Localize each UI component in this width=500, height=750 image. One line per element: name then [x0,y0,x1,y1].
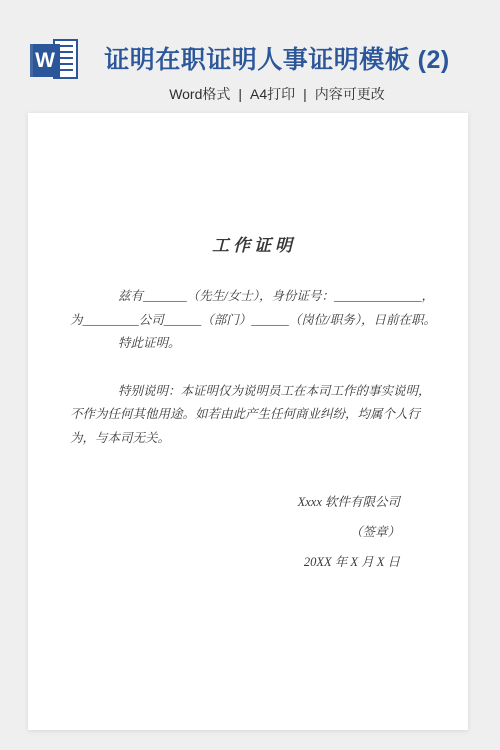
document-page: 工作证明 兹有_______（先生/女士），身份证号：_____________… [28,113,468,730]
subtitle-separator: | [238,86,242,102]
body-paragraph-certify: 特此证明。 [70,332,438,356]
body-paragraph-main: 兹有_______（先生/女士），身份证号：______________，为__… [70,285,438,332]
document-body: 兹有_______（先生/女士），身份证号：______________，为__… [70,285,438,577]
subtitle-separator: | [303,86,307,102]
subtitle-format: Word格式 [169,86,230,102]
signature-block: Xxxx 软件有限公司 （签章） 20XX 年 X 月 X 日 [70,487,438,577]
signature-date: 20XX 年 X 月 X 日 [70,547,400,577]
subtitle-print: A4打印 [250,86,295,102]
page-subtitle: Word格式|A4打印|内容可更改 [62,84,492,104]
header-text: 证明在职证明人事证明模板 (2) Word格式|A4打印|内容可更改 [62,40,492,104]
header: W 证明在职证明人事证明模板 (2) Word格式|A4打印|内容可更改 [0,0,500,113]
subtitle-editable: 内容可更改 [315,86,385,102]
page-title: 证明在职证明人事证明模板 (2) [62,40,492,76]
note-paragraph: 特别说明：本证明仅为说明员工在本司工作的事实说明，不作为任何其他用途。如若由此产… [70,380,438,451]
signature-seal: （签章） [70,517,400,547]
signature-company: Xxxx 软件有限公司 [70,487,400,517]
document-title: 工作证明 [70,231,438,256]
word-icon-letter: W [30,44,60,77]
